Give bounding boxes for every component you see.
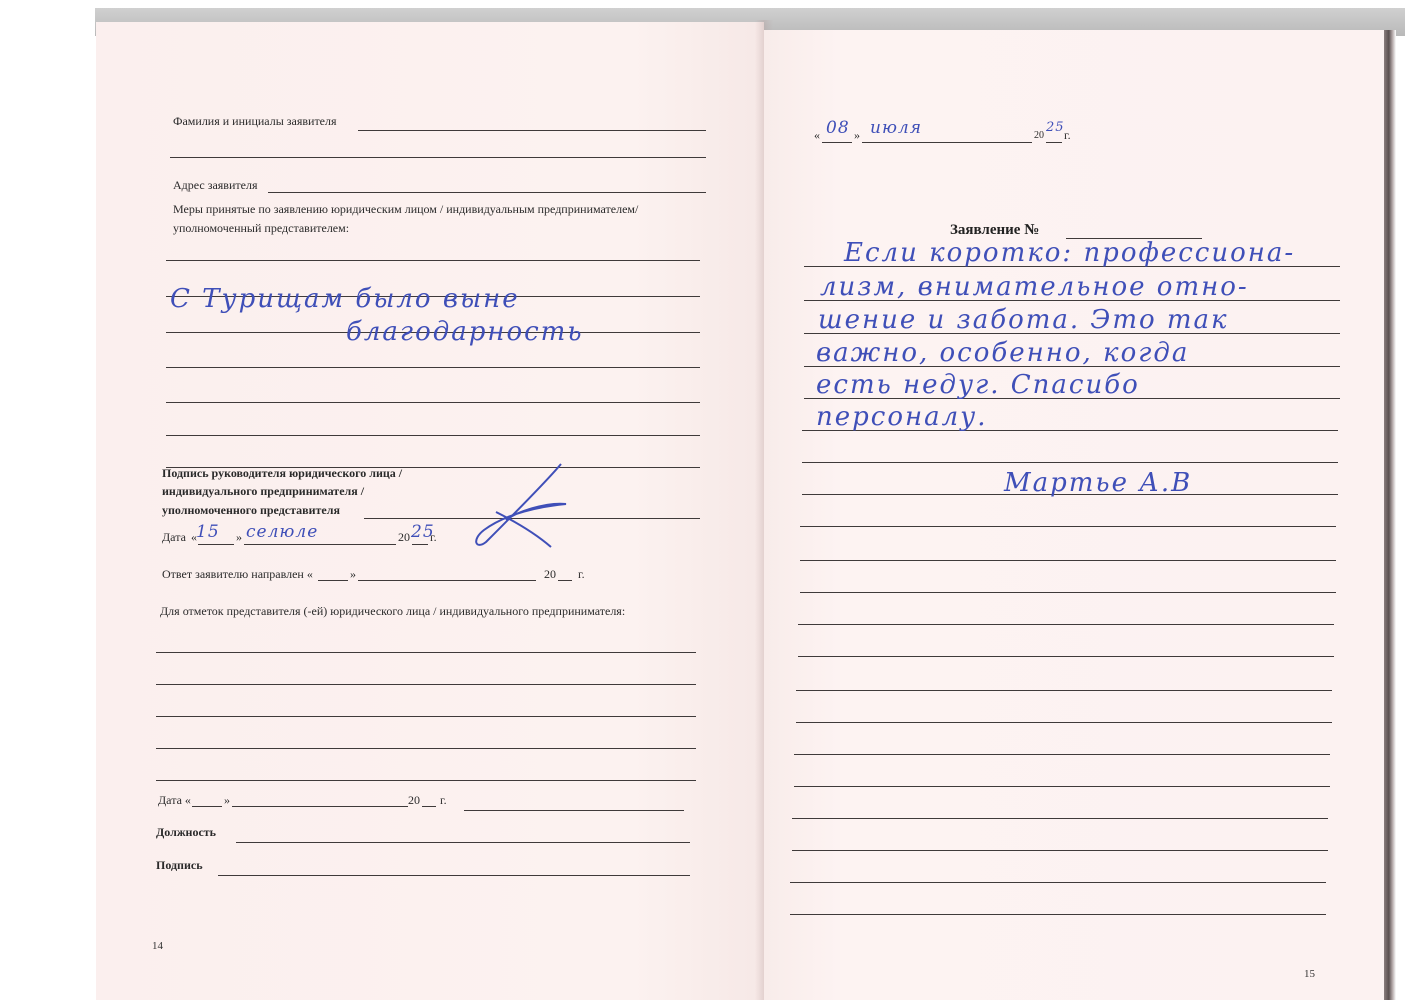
- text-line-18[interactable]: [792, 818, 1328, 819]
- signature-label-line1: Подпись руководителя юридического лица /: [162, 466, 402, 481]
- response-label: Ответ заявителю направлен «: [162, 567, 313, 582]
- handwritten-measures-line1: С Турищам было выне: [170, 284, 520, 314]
- date-year-field[interactable]: [412, 544, 428, 545]
- handwritten-date-month: селюле: [246, 522, 318, 542]
- bottom-date-day-field[interactable]: [192, 806, 222, 807]
- notes-line-3[interactable]: [156, 716, 696, 717]
- right-date-close-quote: »: [854, 128, 860, 143]
- applicant-address-label: Адрес заявителя: [173, 178, 257, 193]
- handwritten-signature-left: [466, 462, 586, 552]
- bottom-date-label: Дата «: [158, 793, 191, 808]
- text-line-20[interactable]: [790, 882, 1326, 883]
- measures-line-1[interactable]: [166, 260, 700, 261]
- text-line-16[interactable]: [794, 754, 1330, 755]
- position-label: Должность: [156, 825, 216, 840]
- response-year-prefix: 20: [544, 567, 556, 582]
- statement-title: Заявление №: [950, 222, 1039, 239]
- bottom-year-prefix: 20: [408, 793, 420, 808]
- text-line-10[interactable]: [800, 560, 1336, 561]
- text-line-11[interactable]: [800, 592, 1336, 593]
- sign-label: Подпись: [156, 858, 203, 873]
- date-day-field[interactable]: [198, 544, 234, 545]
- bottom-year-field[interactable]: [422, 806, 436, 807]
- handwritten-signature-right: Мартье А.В: [1004, 468, 1192, 498]
- response-close-quote: »: [350, 567, 356, 582]
- notes-line-5[interactable]: [156, 780, 696, 781]
- right-page: « » 20 г. 08 июля 25 Заявление № Если ко…: [764, 30, 1384, 1000]
- handwritten-measures-line2: благодарность: [346, 317, 584, 347]
- text-line-7[interactable]: [802, 462, 1338, 463]
- handwritten-text-line-3: шение и забота. Это так: [818, 305, 1229, 335]
- page-number-left: 14: [152, 940, 163, 952]
- date-month-field[interactable]: [244, 544, 396, 545]
- response-day-field[interactable]: [318, 580, 348, 581]
- bottom-date-month-field[interactable]: [232, 806, 408, 807]
- notes-line-2[interactable]: [156, 684, 696, 685]
- response-year-suffix: г.: [578, 567, 585, 582]
- notes-label: Для отметок представителя (-ей) юридичес…: [160, 604, 625, 619]
- applicant-name-label: Фамилия и инициалы заявителя: [173, 114, 337, 129]
- text-line-15[interactable]: [796, 722, 1332, 723]
- right-date-year-field[interactable]: [1046, 142, 1062, 143]
- right-date-day-field[interactable]: [822, 142, 852, 143]
- position-field[interactable]: [236, 842, 690, 843]
- handwritten-text-line-6: персоналу.: [816, 402, 988, 432]
- book-page-edges: [1384, 30, 1396, 1000]
- signature-label-line3: уполномоченного представителя: [162, 503, 340, 518]
- date-close-quote: »: [236, 530, 242, 545]
- notes-line-1[interactable]: [156, 652, 696, 653]
- page-number-right: 15: [1304, 968, 1315, 980]
- response-month-field[interactable]: [358, 580, 536, 581]
- text-line-9[interactable]: [800, 526, 1336, 527]
- handwritten-text-line-5: есть недуг. Спасибо: [816, 370, 1140, 400]
- bottom-extra-field[interactable]: [464, 810, 684, 811]
- applicant-name-field[interactable]: [358, 130, 706, 131]
- date-year-prefix: 20: [398, 530, 410, 545]
- text-line-14[interactable]: [796, 690, 1332, 691]
- right-date-month-field[interactable]: [862, 142, 1032, 143]
- applicant-address-field[interactable]: [268, 192, 706, 193]
- response-year-field[interactable]: [558, 580, 572, 581]
- handwritten-right-date-year: 25: [1046, 120, 1065, 135]
- right-date-open-quote: «: [814, 128, 820, 143]
- text-line-13[interactable]: [798, 656, 1334, 657]
- measures-label-line2: уполномоченный представителем:: [173, 221, 349, 236]
- measures-label-line1: Меры принятые по заявлению юридическим л…: [173, 202, 638, 217]
- bottom-year-suffix: г.: [440, 793, 447, 808]
- date-label: Дата: [162, 530, 186, 545]
- bottom-date-close-quote: »: [224, 793, 230, 808]
- measures-line-5[interactable]: [166, 402, 700, 403]
- handwritten-text-line-4: важно, особенно, когда: [816, 338, 1189, 368]
- applicant-name-field-continued[interactable]: [170, 157, 706, 158]
- left-page: Фамилия и инициалы заявителя Адрес заяви…: [96, 22, 764, 1000]
- measures-line-4[interactable]: [166, 367, 700, 368]
- handwritten-text-line-1: Если коротко: профессиона-: [844, 238, 1295, 268]
- text-line-12[interactable]: [798, 624, 1334, 625]
- measures-line-6[interactable]: [166, 435, 700, 436]
- text-line-19[interactable]: [792, 850, 1328, 851]
- handwritten-right-date-day: 08: [826, 118, 850, 138]
- handwritten-date-day: 15: [196, 522, 220, 542]
- handwritten-right-date-month: июля: [870, 118, 922, 138]
- text-line-17[interactable]: [794, 786, 1330, 787]
- signature-label-line2: индивидуального предпринимателя /: [162, 484, 364, 499]
- text-line-21[interactable]: [790, 914, 1326, 915]
- right-date-year-prefix: 20: [1034, 130, 1044, 141]
- handwritten-text-line-2: лизм, внимательное отно-: [820, 272, 1249, 302]
- sign-field[interactable]: [218, 875, 690, 876]
- notes-line-4[interactable]: [156, 748, 696, 749]
- handwritten-date-year: 25: [411, 522, 435, 542]
